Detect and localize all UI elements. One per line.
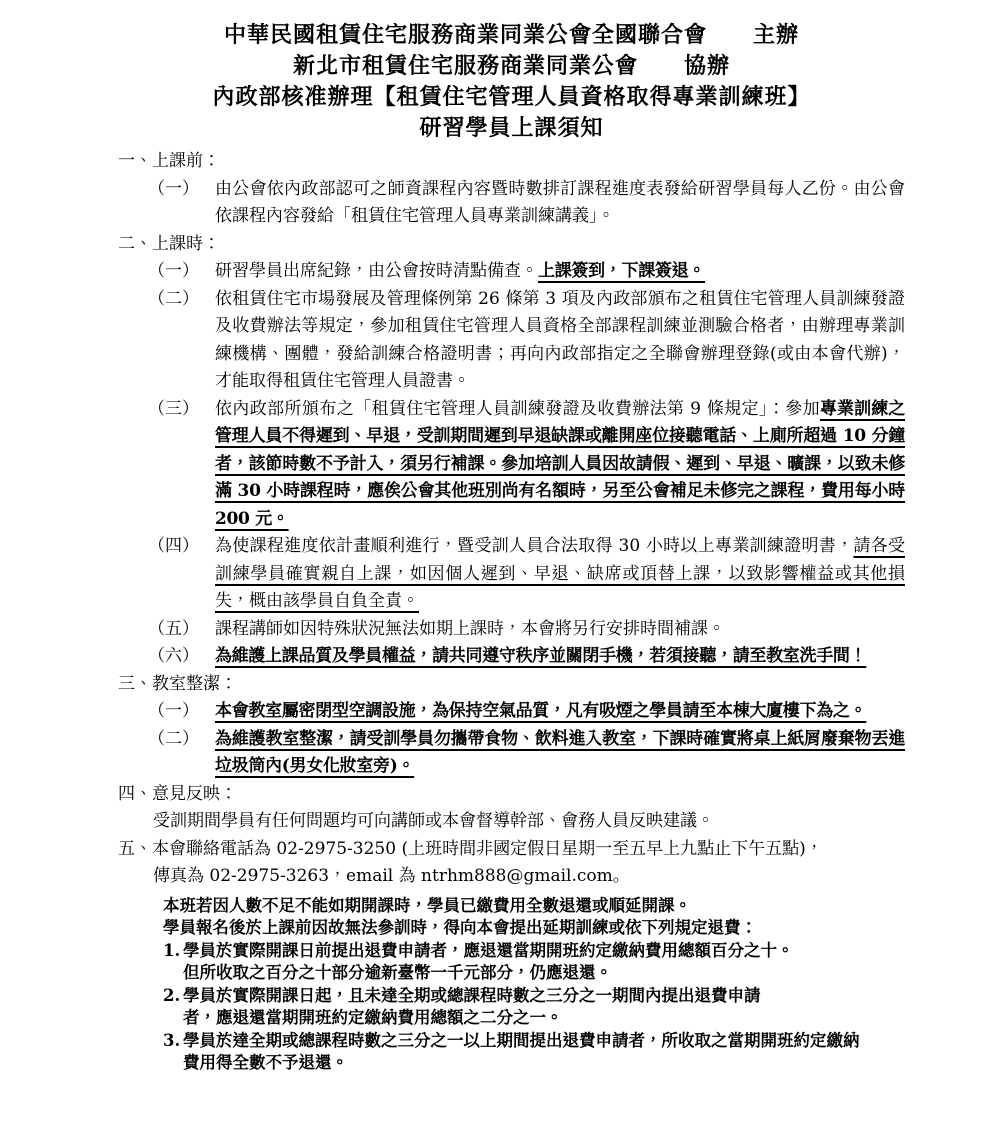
- item-row: （六）為維護上課品質及學員權益，請共同遵守秩序並關閉手機，若須接聽，請至教室洗手…: [148, 643, 905, 671]
- item-row: （三）依內政部所頒布之「租賃住宅管理人員訓練發證及收費辦法第 9 條規定」：參加…: [148, 396, 905, 534]
- section: 四、意見反映：受訓期間學員有任何問題均可向講師或本會督導幹部、會務人員反映建議。: [118, 781, 905, 836]
- text-segment: 研習學員出席紀錄，由公會按時清點備查。: [215, 261, 538, 281]
- item-text: 為維護教室整潔，請受訓學員勿攜帶食物、飲料進入教室，下課時確實將桌上紙屑廢棄物丟…: [215, 726, 905, 781]
- refund-rule: 1.學員於實際開課日前提出退費申請者，應退還當期開班約定繳納費用總額百分之十。 …: [163, 940, 905, 985]
- section: 五、本會聯絡電話為 02-2975-3250 (上班時間非國定假日星期一至五早上…: [118, 836, 905, 891]
- refund-rule: 3.學員於達全期或總課程時數之三分之一以上期間提出退費申請者，所收取之當期開班約…: [163, 1030, 905, 1075]
- section-heading: 三、教室整潔：: [118, 671, 905, 699]
- item-row: （二）為維護教室整潔，請受訓學員勿攜帶食物、飲料進入教室，下課時確實將桌上紙屑廢…: [148, 726, 905, 781]
- item-text: 由公會依內政部認可之師資課程內容暨時數排訂課程進度表發給研習學員每人乙份。由公會…: [215, 176, 905, 231]
- item-label: （六）: [148, 643, 215, 671]
- item-text: 依內政部所頒布之「租賃住宅管理人員訓練發證及收費辦法第 9 條規定」：參加專業訓…: [215, 396, 905, 534]
- section: 二、上課時：（一）研習學員出席紀錄，由公會按時清點備查。上課簽到，下課簽退。（二…: [118, 231, 905, 671]
- item-label: （五）: [148, 616, 215, 644]
- item-text: 研習學員出席紀錄，由公會按時清點備查。上課簽到，下課簽退。: [215, 258, 905, 286]
- section-title: 意見反映：: [152, 781, 237, 809]
- item-row: （一）研習學員出席紀錄，由公會按時清點備查。上課簽到，下課簽退。: [148, 258, 905, 286]
- item-text: 課程講師如因特殊狀況無法如期上課時，本會將另行安排時間補課。: [215, 616, 905, 644]
- text-segment: 為維護上課品質及學員權益，請共同遵守秩序並關閉手機，若須接聽，請至教室洗手間！: [215, 646, 866, 666]
- section-heading: 一、上課前：: [118, 148, 905, 176]
- refund-notes: 本班若因人數不足不能如期開課時，學員已繳費用全數退還或順延開課。學員報名後於上課…: [163, 895, 905, 1075]
- rule-number: 3.: [163, 1030, 183, 1075]
- section-number: 一、: [118, 148, 152, 176]
- section-title: 上課前：: [152, 148, 220, 176]
- rule-text: 學員於實際開課日前提出退費申請者，應退還當期開班約定繳納費用總額百分之十。 但所…: [183, 940, 905, 985]
- section-title: 上課時：: [152, 231, 220, 259]
- item-label: （一）: [148, 176, 215, 231]
- item-text: 依租賃住宅市場發展及管理條例第 26 條第 3 項及內政部頒布之租賃住宅管理人員…: [215, 286, 905, 396]
- item-label: （二）: [148, 726, 215, 781]
- item-row: （一）本會教室屬密閉型空調設施，為保持空氣品質，凡有吸煙之學員請至本棟大廈樓下為…: [148, 698, 905, 726]
- section: 一、上課前：（一）由公會依內政部認可之師資課程內容暨時數排訂課程進度表發給研習學…: [118, 148, 905, 231]
- section-number: 二、: [118, 231, 152, 259]
- rule-text: 學員於實際開課日起，且未達全期或總課程時數之三分之一期間內提出退費申請 者，應退…: [183, 985, 905, 1030]
- footer-line: 本班若因人數不足不能如期開課時，學員已繳費用全數退還或順延開課。: [163, 895, 905, 918]
- item-text: 為使課程進度依計畫順利進行，暨受訓人員合法取得 30 小時以上專業訓練證明書，請…: [215, 533, 905, 616]
- section-title: 本會聯絡電話為 02-2975-3250 (上班時間非國定假日星期一至五早上九點…: [152, 836, 823, 864]
- section-title: 教室整潔：: [152, 671, 237, 699]
- footer-line: 學員報名後於上課前因故無法參訓時，得向本會提出延期訓練或依下列規定退費：: [163, 917, 905, 940]
- refund-rule: 2.學員於實際開課日起，且未達全期或總課程時數之三分之一期間內提出退費申請 者，…: [163, 985, 905, 1030]
- item-row: （一）由公會依內政部認可之師資課程內容暨時數排訂課程進度表發給研習學員每人乙份。…: [148, 176, 905, 231]
- section-number: 三、: [118, 671, 152, 699]
- item-row: （四）為使課程進度依計畫順利進行，暨受訓人員合法取得 30 小時以上專業訓練證明…: [148, 533, 905, 616]
- text-segment: 由公會依內政部認可之師資課程內容暨時數排訂課程進度表發給研習學員每人乙份。由公會…: [215, 179, 905, 227]
- item-text: 本會教室屬密閉型空調設施，為保持空氣品質，凡有吸煙之學員請至本棟大廈樓下為之。: [215, 698, 905, 726]
- title-co-organizer: 新北市租賃住宅服務商業同業公會 協辦: [118, 51, 905, 82]
- rule-text: 學員於達全期或總課程時數之三分之一以上期間提出退費申請者，所收取之當期開班約定繳…: [183, 1030, 905, 1075]
- item-row: （二）依租賃住宅市場發展及管理條例第 26 條第 3 項及內政部頒布之租賃住宅管…: [148, 286, 905, 396]
- text-segment: 依租賃住宅市場發展及管理條例第 26 條第 3 項及內政部頒布之租賃住宅管理人員…: [215, 289, 905, 392]
- document-page: 中華民國租賃住宅服務商業同業公會全國聯合會 主辦 新北市租賃住宅服務商業同業公會…: [0, 0, 1000, 1075]
- item-label: （三）: [148, 396, 215, 534]
- section-number: 五、: [118, 836, 152, 864]
- title-block: 中華民國租賃住宅服務商業同業公會全國聯合會 主辦 新北市租賃住宅服務商業同業公會…: [118, 20, 905, 144]
- text-segment: 本會教室屬密閉型空調設施，為保持空氣品質，凡有吸煙之學員請至本棟大廈樓下為之。: [215, 701, 866, 721]
- section-heading: 五、本會聯絡電話為 02-2975-3250 (上班時間非國定假日星期一至五早上…: [118, 836, 905, 864]
- title-notice-name: 研習學員上課須知: [118, 113, 905, 144]
- section-paragraph: 受訓期間學員有任何問題均可向講師或本會督導幹部、會務人員反映建議。: [153, 808, 905, 836]
- section-paragraph: 傳真為 02-2975-3263，email 為 ntrhm888@gmail.…: [153, 863, 905, 891]
- item-label: （一）: [148, 258, 215, 286]
- item-label: （二）: [148, 286, 215, 396]
- section: 三、教室整潔：（一）本會教室屬密閉型空調設施，為保持空氣品質，凡有吸煙之學員請至…: [118, 671, 905, 781]
- item-label: （四）: [148, 533, 215, 616]
- text-segment: 為使課程進度依計畫順利進行，暨受訓人員合法取得 30 小時以上專業訓練證明書，: [215, 536, 853, 556]
- item-text: 為維護上課品質及學員權益，請共同遵守秩序並關閉手機，若須接聽，請至教室洗手間！: [215, 643, 905, 671]
- title-course-name: 內政部核准辦理【租賃住宅管理人員資格取得專業訓練班】: [118, 82, 905, 113]
- text-segment: 為維護教室整潔，請受訓學員勿攜帶食物、飲料進入教室，下課時確實將桌上紙屑廢棄物丟…: [215, 729, 905, 777]
- rule-number: 2.: [163, 985, 183, 1030]
- rule-number: 1.: [163, 940, 183, 985]
- item-row: （五）課程講師如因特殊狀況無法如期上課時，本會將另行安排時間補課。: [148, 616, 905, 644]
- title-organizer: 中華民國租賃住宅服務商業同業公會全國聯合會 主辦: [118, 20, 905, 51]
- section-heading: 四、意見反映：: [118, 781, 905, 809]
- section-heading: 二、上課時：: [118, 231, 905, 259]
- item-label: （一）: [148, 698, 215, 726]
- text-segment: 上課簽到，下課簽退。: [538, 261, 705, 281]
- section-number: 四、: [118, 781, 152, 809]
- text-segment: 依內政部所頒布之「租賃住宅管理人員訓練發證及收費辦法第 9 條規定」：參加: [215, 399, 820, 419]
- document-sections: 一、上課前：（一）由公會依內政部認可之師資課程內容暨時數排訂課程進度表發給研習學…: [118, 148, 905, 891]
- text-segment: 課程講師如因特殊狀況無法如期上課時，本會將另行安排時間補課。: [215, 619, 725, 639]
